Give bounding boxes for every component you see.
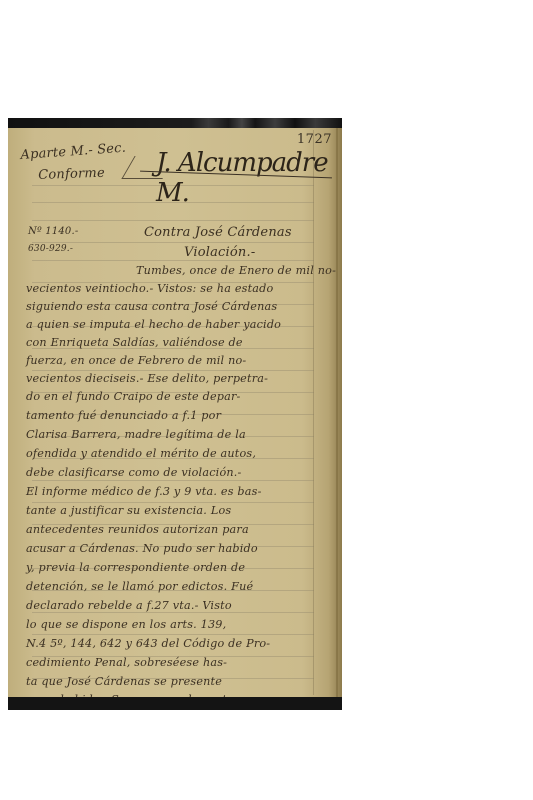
body-line: ta que José Cárdenas se presente: [26, 675, 222, 688]
document-viewer: 1727 Aparte M.- Sec. Conforme J. Alcumpa…: [0, 0, 533, 800]
body-line: lo que se dispone en los arts. 139,: [26, 618, 226, 631]
body-line: siguiendo esta causa contra José Cárdena…: [26, 300, 277, 313]
body-line: fuerza, en once de Febrero de mil no-: [26, 354, 246, 367]
ruled-line: [32, 242, 314, 243]
body-line: ofendida y atendido el mérito de autos,: [26, 447, 256, 460]
ledger-page: 1727 Aparte M.- Sec. Conforme J. Alcumpa…: [8, 118, 342, 710]
ruled-line: [32, 480, 314, 481]
signature: J. Alcumpadre M.: [156, 148, 342, 208]
page-fold: [336, 128, 338, 698]
body-line: declarado rebelde a f.27 vta.- Visto: [26, 599, 232, 612]
body-line: vecientos dieciseis.- Ese delito, perpet…: [26, 372, 268, 385]
body-line: a quien se imputa el hecho de haber yaci…: [26, 318, 281, 331]
body-line: debe clasificarse como de violación.-: [26, 466, 242, 479]
body-line: Tumbes, once de Enero de mil no-: [136, 264, 336, 277]
case-title: Contra José Cárdenas: [144, 225, 292, 240]
body-line: acusar a Cárdenas. No pudo ser habido: [26, 542, 258, 555]
body-line: Clarisa Barrera, madre legítima de la: [26, 428, 246, 441]
body-line: El informe médico de f.3 y 9 vta. es bas…: [26, 485, 262, 498]
ruled-line: [32, 634, 314, 635]
ruled-line: [32, 370, 314, 371]
body-line: antecedentes reunidos autorizan para: [26, 523, 249, 536]
body-line: y, previa la correspondiente orden de: [26, 561, 245, 574]
body-line: N.4 5º, 144, 642 y 643 del Código de Pro…: [26, 637, 270, 650]
scan-top-edge: [8, 118, 342, 128]
conforme-note: Conforme: [38, 166, 105, 183]
body-line: vecientos veintiocho.- Vistos: se ha est…: [26, 282, 273, 295]
case-reference: 630-929.-: [28, 244, 73, 254]
ruled-line: [32, 220, 314, 221]
body-line: con Enriqueta Saldías, valiéndose de: [26, 336, 243, 349]
ruled-line: [32, 612, 314, 613]
body-line: cedimiento Penal, sobreséese has-: [26, 656, 227, 669]
body-line: detención, se le llamó por edictos. Fué: [26, 580, 253, 593]
body-line: do en el fundo Craipo de este depar-: [26, 390, 241, 403]
case-subtitle: Violación.-: [184, 245, 255, 260]
right-margin-line: [313, 130, 314, 695]
folio-number: 1727: [297, 132, 332, 147]
body-line: tante a justificar su existencia. Los: [26, 504, 231, 517]
ruled-line: [32, 260, 314, 261]
case-number: Nº 1140.-: [28, 226, 78, 237]
margin-note: Aparte M.- Sec.: [20, 141, 127, 163]
scan-bottom-edge: [8, 697, 342, 710]
body-line: tamento fué denunciado a f.1 por: [26, 409, 221, 422]
ruled-line: [32, 502, 314, 503]
